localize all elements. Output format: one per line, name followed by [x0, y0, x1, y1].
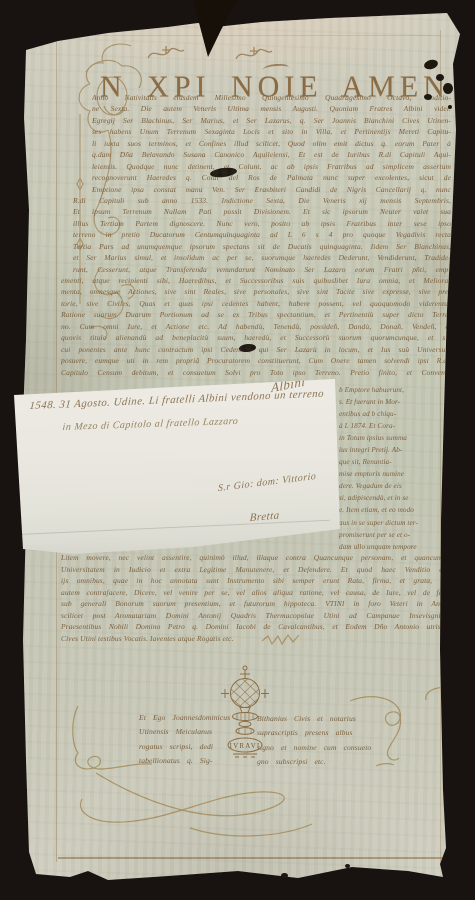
- edge-ink-stain: [443, 83, 453, 94]
- edge-ink-stain: [281, 873, 288, 878]
- slip-second-annotation: in Mezo di Capitolo al fratello Lazzaro: [62, 416, 239, 433]
- edge-ink-stain: [436, 74, 444, 81]
- edge-ink-stain: [345, 864, 350, 868]
- edge-ink-stain: [424, 94, 432, 100]
- slip-name-annotation: Bretta: [249, 509, 280, 524]
- edge-ink-stain: [448, 105, 452, 109]
- slip-name-annotation: S.r Gio: dom: Vittorio: [218, 471, 317, 494]
- pen-flourish-strokes: [73, 635, 455, 836]
- photo-stage: N XPI NOIE AMEN Anno Nativitatis eiusdem…: [0, 0, 475, 900]
- archival-slip: Albini 1548. 31 Agosto. Udine. Li fratel…: [13, 377, 340, 559]
